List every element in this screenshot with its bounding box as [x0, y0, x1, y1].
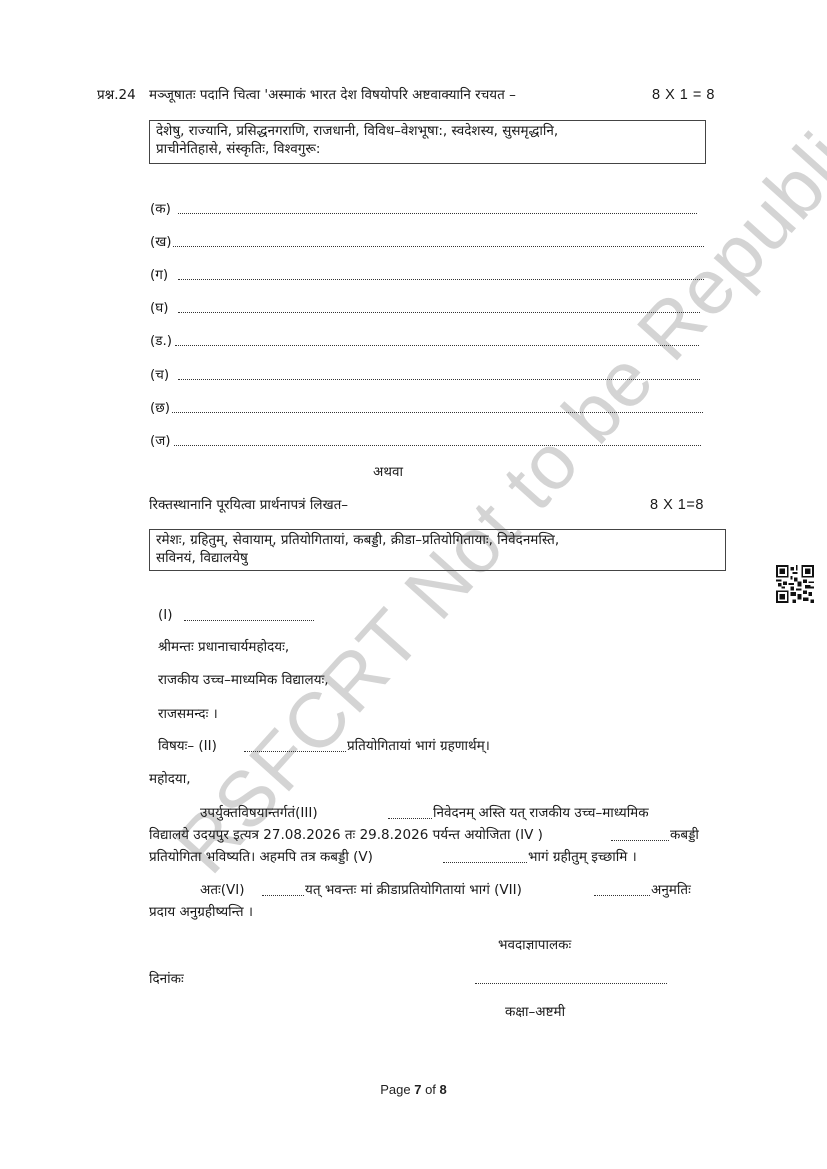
footer-total-pages: 8 — [440, 1082, 447, 1097]
answer-line-label: (छ) — [150, 399, 170, 417]
word-box-line-2: प्राचीनेतिहासे, संस्कृतिः, विश्वगुरू: — [156, 140, 699, 158]
para1-part-a: उपर्युक्तविषयान्तर्गतं(III) — [200, 804, 318, 822]
alternate-instruction: रिक्तस्थानानि पूरयित्वा प्रार्थनापत्रं ल… — [149, 496, 348, 514]
answer-line-label: (ड.) — [150, 332, 172, 350]
para1-part-d: कबड्डी — [670, 826, 699, 844]
blank-1-label: (I) — [158, 606, 173, 624]
question-number: प्रश्न.24 — [97, 86, 136, 104]
para1-part-f: भागं ग्रहीतुम् इच्छामि । — [528, 848, 637, 866]
page-footer: Page 7 of 8 — [0, 1082, 827, 1097]
alternate-marks: 8 X 1=8 — [650, 496, 704, 514]
addressee-line-3: राजसमन्दः । — [158, 705, 218, 723]
question-marks: 8 X 1 = 8 — [652, 86, 715, 104]
or-label: अथवा — [373, 463, 403, 481]
subject-prefix: विषयः– (II) — [158, 737, 217, 755]
footer-middle: of — [421, 1082, 439, 1097]
answer-line-label: (ज) — [150, 432, 171, 450]
answer-line-field[interactable] — [174, 445, 701, 446]
para2-part-a: अतः(VI) — [200, 881, 245, 899]
answer-line-field[interactable] — [178, 379, 700, 380]
addressee-line-1: श्रीमन्तः प्रधानाचार्यमहोदयः, — [158, 638, 289, 656]
class-label: कक्षा–अष्टमी — [505, 1003, 565, 1021]
page: प्रश्न.24 मञ्जूषातः पदानि चित्वा 'अस्माक… — [0, 0, 827, 1169]
blank-1-field[interactable] — [184, 620, 314, 621]
blank-2-field[interactable] — [244, 751, 346, 752]
para1-part-c: विद्यालये उदयपुर इत्यत्र 27.08.2026 तः 2… — [149, 826, 543, 844]
alternate-word-box: रमेशः, ग्रहितुम्, सेवायाम्, प्रतियोगिताय… — [149, 529, 726, 571]
para2-part-b: यत् भवन्तः मां क्रीडाप्रतियोगितायां भागं… — [305, 881, 522, 899]
answer-line-field[interactable] — [178, 213, 697, 214]
word-box: देशेषु, राज्यानि, प्रसिद्धनगराणि, राजधान… — [149, 120, 706, 164]
answer-line-label: (घ) — [150, 299, 169, 317]
alternate-word-box-line-1: रमेशः, ग्रहितुम्, सेवायाम्, प्रतियोगिताय… — [156, 531, 719, 549]
answer-line-field[interactable] — [173, 246, 704, 247]
para1-part-e: प्रतियोगिता भविष्यति। अहमपि तत्र कबड्डी … — [149, 848, 373, 866]
alternate-word-box-line-2: सविनयं, विद्यालयेषु — [156, 549, 719, 567]
subject-suffix: प्रतियोगितायां भागं ग्रहणार्थम्। — [347, 737, 490, 755]
answer-line-label: (ख) — [150, 233, 172, 251]
closing: भवदाज्ञापालकः — [498, 936, 571, 954]
blank-3-field[interactable] — [388, 818, 432, 819]
answer-line-field[interactable] — [175, 345, 699, 346]
word-box-line-1: देशेषु, राज्यानि, प्रसिद्धनगराणि, राजधान… — [156, 122, 699, 140]
answer-line-label: (ग) — [150, 266, 168, 284]
salutation: महोदया, — [149, 770, 191, 788]
answer-line-field[interactable] — [172, 412, 703, 413]
question-instruction: मञ्जूषातः पदानि चित्वा 'अस्माकं भारत देश… — [149, 86, 516, 104]
blank-7-field[interactable] — [594, 895, 650, 896]
blank-5-field[interactable] — [443, 862, 527, 863]
signature-field[interactable] — [475, 983, 667, 984]
answer-line-label: (च) — [150, 366, 169, 384]
footer-prefix: Page — [380, 1082, 414, 1097]
para2-part-c: अनुमतिः — [651, 881, 691, 899]
qr-code-icon — [776, 565, 814, 603]
para1-part-b: निवेदनम् अस्ति यत् राजकीय उच्च–माध्यमिक — [433, 804, 649, 822]
date-label: दिनांकः — [149, 970, 184, 988]
blank-6-field[interactable] — [262, 895, 304, 896]
answer-line-label: (क) — [150, 200, 171, 218]
blank-4-field[interactable] — [611, 840, 669, 841]
answer-line-field[interactable] — [178, 279, 704, 280]
answer-line-field[interactable] — [178, 312, 700, 313]
para2-part-d: प्रदाय अनुग्रहीष्यन्ति । — [149, 903, 253, 921]
addressee-line-2: राजकीय उच्च–माध्यमिक विद्यालयः, — [158, 671, 329, 689]
